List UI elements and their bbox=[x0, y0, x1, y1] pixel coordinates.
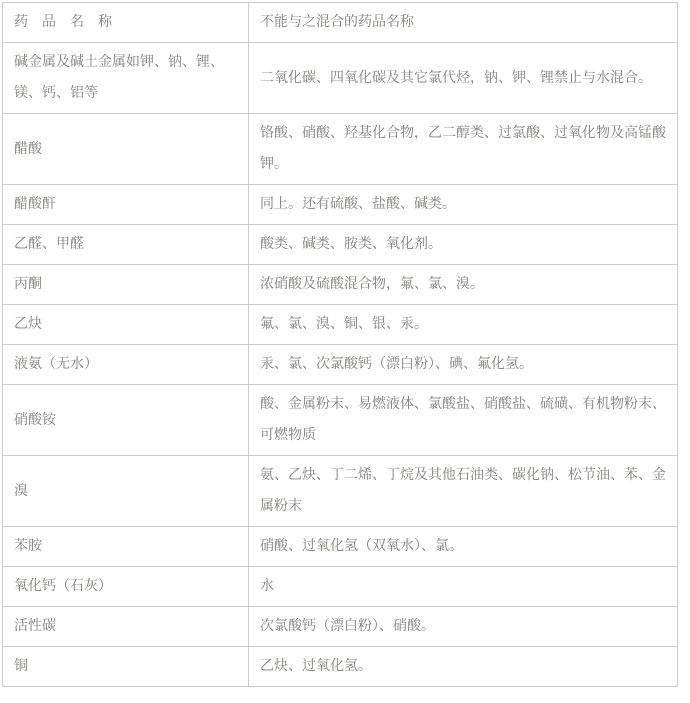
header-drug-name: 药 品 名 称 bbox=[3, 3, 249, 43]
page: 药 品 名 称 不能与之混合的药品名称 碱金属及碱土金属如钾、钠、锂、镁、钙、铝… bbox=[0, 0, 690, 703]
table-row: 碱金属及碱土金属如钾、钠、锂、镁、钙、铝等 二氧化碳、四氧化碳及其它氯代烃，钠、… bbox=[3, 43, 678, 114]
table-row: 乙炔 氟、氯、溴、铜、银、汞。 bbox=[3, 305, 678, 345]
incompatible-list-cell: 乙炔、过氧化氢。 bbox=[249, 647, 678, 687]
drug-name-cell: 活性碳 bbox=[3, 607, 249, 647]
table-row: 液氨（无水） 汞、氯、次氯酸钙（漂白粉）、碘、氟化氢。 bbox=[3, 345, 678, 385]
incompatible-list-cell: 硝酸、过氧化氢（双氧水）、氯。 bbox=[249, 527, 678, 567]
incompatible-chemicals-table: 药 品 名 称 不能与之混合的药品名称 碱金属及碱土金属如钾、钠、锂、镁、钙、铝… bbox=[2, 2, 678, 687]
drug-name-cell: 液氨（无水） bbox=[3, 345, 249, 385]
table-row: 丙酮 浓硝酸及硫酸混合物，氟、氯、溴。 bbox=[3, 265, 678, 305]
table-row: 溴 氨、乙炔、丁二烯、丁烷及其他石油类、碳化钠、松节油、苯、金属粉末 bbox=[3, 456, 678, 527]
incompatible-list-cell: 次氯酸钙（漂白粉）、硝酸。 bbox=[249, 607, 678, 647]
incompatible-list-cell: 汞、氯、次氯酸钙（漂白粉）、碘、氟化氢。 bbox=[249, 345, 678, 385]
table-row: 醋酸 铬酸、硝酸、羟基化合物，乙二醇类、过氯酸、过氧化物及高锰酸钾。 bbox=[3, 114, 678, 185]
drug-name-cell: 乙醛、甲醛 bbox=[3, 225, 249, 265]
table-row: 活性碳 次氯酸钙（漂白粉）、硝酸。 bbox=[3, 607, 678, 647]
drug-name-cell: 乙炔 bbox=[3, 305, 249, 345]
incompatible-list-cell: 同上。还有硫酸、盐酸、碱类。 bbox=[249, 185, 678, 225]
table-row: 硝酸铵 酸、金属粉末、易燃液体、氯酸盐、硝酸盐、硫磺、有机物粉末、可燃物质 bbox=[3, 385, 678, 456]
table-row: 氧化钙（石灰） 水 bbox=[3, 567, 678, 607]
drug-name-cell: 铜 bbox=[3, 647, 249, 687]
table-row: 醋酸酐 同上。还有硫酸、盐酸、碱类。 bbox=[3, 185, 678, 225]
incompatible-list-cell: 氟、氯、溴、铜、银、汞。 bbox=[249, 305, 678, 345]
drug-name-cell: 碱金属及碱土金属如钾、钠、锂、镁、钙、铝等 bbox=[3, 43, 249, 114]
header-incompatible-list: 不能与之混合的药品名称 bbox=[249, 3, 678, 43]
incompatible-list-cell: 酸类、碱类、胺类、氧化剂。 bbox=[249, 225, 678, 265]
drug-name-cell: 苯胺 bbox=[3, 527, 249, 567]
drug-name-cell: 醋酸酐 bbox=[3, 185, 249, 225]
drug-name-cell: 丙酮 bbox=[3, 265, 249, 305]
incompatible-list-cell: 氨、乙炔、丁二烯、丁烷及其他石油类、碳化钠、松节油、苯、金属粉末 bbox=[249, 456, 678, 527]
incompatible-list-cell: 铬酸、硝酸、羟基化合物，乙二醇类、过氯酸、过氧化物及高锰酸钾。 bbox=[249, 114, 678, 185]
incompatible-list-cell: 水 bbox=[249, 567, 678, 607]
incompatible-list-cell: 二氧化碳、四氧化碳及其它氯代烃，钠、钾、锂禁止与水混合。 bbox=[249, 43, 678, 114]
table-row: 苯胺 硝酸、过氧化氢（双氧水）、氯。 bbox=[3, 527, 678, 567]
drug-name-cell: 硝酸铵 bbox=[3, 385, 249, 456]
table-row: 铜 乙炔、过氧化氢。 bbox=[3, 647, 678, 687]
table-row: 乙醛、甲醛 酸类、碱类、胺类、氧化剂。 bbox=[3, 225, 678, 265]
incompatible-list-cell: 酸、金属粉末、易燃液体、氯酸盐、硝酸盐、硫磺、有机物粉末、可燃物质 bbox=[249, 385, 678, 456]
incompatible-list-cell: 浓硝酸及硫酸混合物，氟、氯、溴。 bbox=[249, 265, 678, 305]
table-header-row: 药 品 名 称 不能与之混合的药品名称 bbox=[3, 3, 678, 43]
drug-name-cell: 氧化钙（石灰） bbox=[3, 567, 249, 607]
drug-name-cell: 溴 bbox=[3, 456, 249, 527]
drug-name-cell: 醋酸 bbox=[3, 114, 249, 185]
